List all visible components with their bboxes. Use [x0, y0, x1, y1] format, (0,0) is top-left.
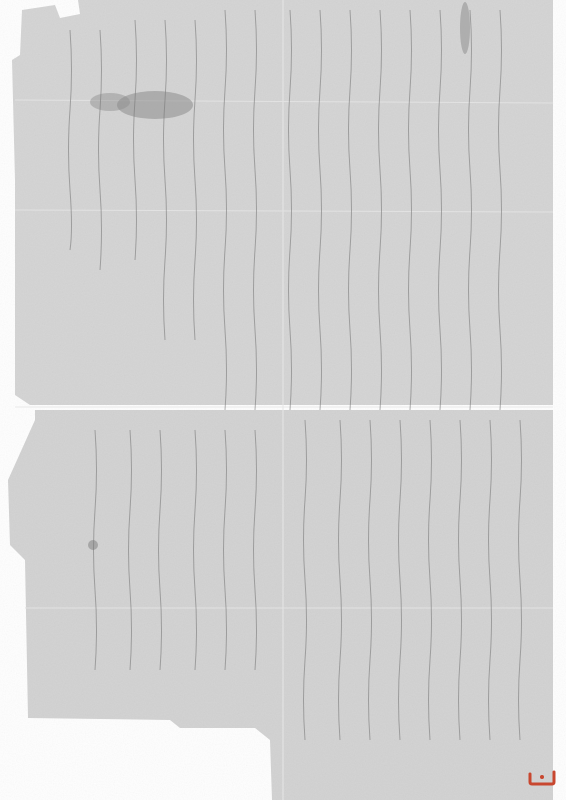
logo-mark-icon [528, 770, 556, 786]
letter-scan [0, 0, 566, 800]
